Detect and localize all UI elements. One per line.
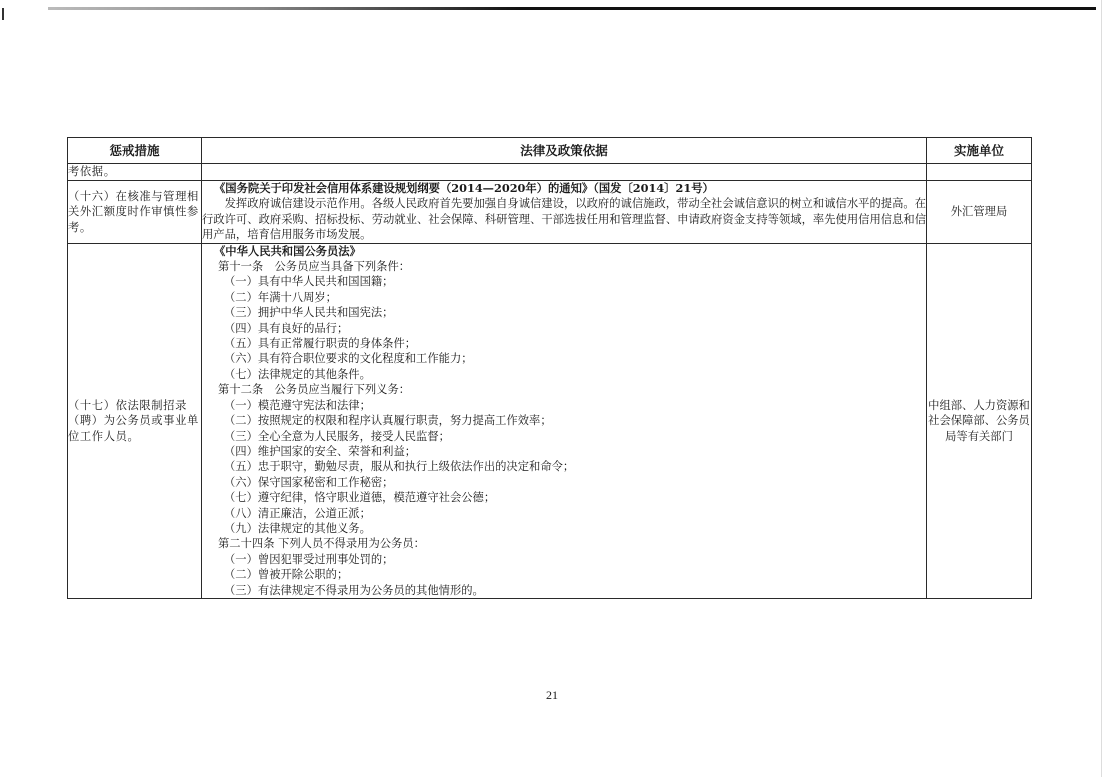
header-agency: 实施单位 xyxy=(927,138,1032,164)
article-item: （一）曾因犯罪受过刑事处罚的； xyxy=(202,552,926,567)
article-heading: 第十二条 公务员应当履行下列义务： xyxy=(202,382,926,397)
article-item: （二）年满十八周岁； xyxy=(202,290,926,305)
article-item: （一）模范遵守宪法和法律； xyxy=(202,398,926,413)
scan-artifact xyxy=(2,8,4,20)
article-heading: 第十一条 公务员应当具备下列条件： xyxy=(202,259,926,274)
page-number: 21 xyxy=(546,688,558,703)
article-item: （一）具有中华人民共和国国籍； xyxy=(202,274,926,289)
basis-cell: 《中华人民共和国公务员法》 第十一条 公务员应当具备下列条件： （一）具有中华人… xyxy=(202,243,927,598)
table-row: （十六）在核准与管理相关外汇额度时作审慎性参考。 《国务院关于印发社会信用体系建… xyxy=(68,181,1032,244)
basis-cell: 《国务院关于印发社会信用体系建设规划纲要（2014—2020年）的通知》（国发〔… xyxy=(202,181,927,244)
article-item: （八）清正廉洁，公道正派； xyxy=(202,506,926,521)
article-item: （四）具有良好的品行； xyxy=(202,321,926,336)
agency-cell: 中组部、人力资源和社会保障部、公务员局等有关部门 xyxy=(927,243,1032,598)
scan-border-line xyxy=(48,7,1096,10)
article-heading: 第二十四条 下列人员不得录用为公务员： xyxy=(202,536,926,551)
article-item: （三）有法律规定不得录用为公务员的其他情形的。 xyxy=(202,583,926,598)
article-item: （三）拥护中华人民共和国宪法； xyxy=(202,305,926,320)
agency-cell xyxy=(927,164,1032,181)
measure-cell: （十六）在核准与管理相关外汇额度时作审慎性参考。 xyxy=(68,181,202,244)
header-measure: 惩戒措施 xyxy=(68,138,202,164)
table-row: 考依据。 xyxy=(68,164,1032,181)
measure-cell: （十七）依法限制招录（聘）为公务员或事业单位工作人员。 xyxy=(68,243,202,598)
article-item: （六）保守国家秘密和工作秘密； xyxy=(202,475,926,490)
scan-edge xyxy=(1101,0,1102,777)
measure-cell: 考依据。 xyxy=(68,164,202,181)
article-item: （七）法律规定的其他条件。 xyxy=(202,367,926,382)
basis-cell xyxy=(202,164,927,181)
article-item: （六）具有符合职位要求的文化程度和工作能力； xyxy=(202,351,926,366)
table-row: （十七）依法限制招录（聘）为公务员或事业单位工作人员。 《中华人民共和国公务员法… xyxy=(68,243,1032,598)
agency-cell: 外汇管理局 xyxy=(927,181,1032,244)
article-item: （五）忠于职守，勤勉尽责，服从和执行上级依法作出的决定和命令； xyxy=(202,459,926,474)
header-basis: 法律及政策依据 xyxy=(202,138,927,164)
article-item: （九）法律规定的其他义务。 xyxy=(202,521,926,536)
law-title: 《国务院关于印发社会信用体系建设规划纲要（2014—2020年）的通知》（国发〔… xyxy=(202,181,926,196)
article-item: （七）遵守纪律，恪守职业道德，模范遵守社会公德； xyxy=(202,490,926,505)
article-item: （五）具有正常履行职责的身体条件； xyxy=(202,336,926,351)
policy-paragraph: 发挥政府诚信建设示范作用。各级人民政府首先要加强自身诚信建设，以政府的诚信施政，… xyxy=(202,196,926,242)
article-item: （二）曾被开除公职的； xyxy=(202,567,926,582)
law-title: 《中华人民共和国公务员法》 xyxy=(202,244,926,259)
table-header-row: 惩戒措施 法律及政策依据 实施单位 xyxy=(68,138,1032,164)
article-item: （四）维护国家的安全、荣誉和利益； xyxy=(202,444,926,459)
article-item: （二）按照规定的权限和程序认真履行职责，努力提高工作效率； xyxy=(202,413,926,428)
article-item: （三）全心全意为人民服务，接受人民监督； xyxy=(202,429,926,444)
penalty-measures-table: 惩戒措施 法律及政策依据 实施单位 考依据。 （十六）在核准与管理相关外汇额度时… xyxy=(67,137,1032,599)
